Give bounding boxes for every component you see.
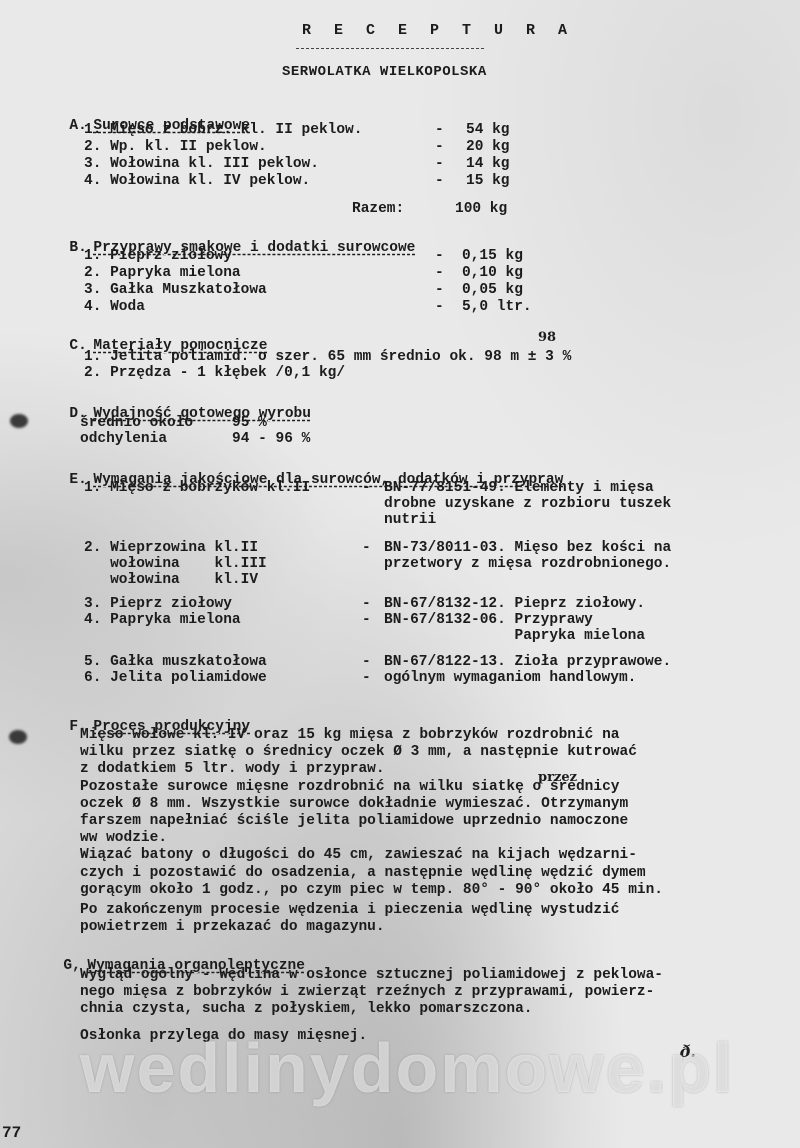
section-c-item: 2. Przędza - 1 kłębek /0,1 kg/ <box>84 365 345 381</box>
requirement-norm: BN-67/8122-13. Zioła przyprawowe. <box>384 654 671 670</box>
requirement-item: 3. Pieprz ziołowy <box>84 596 232 612</box>
process-line: farszem napełniać ściśle jelita poliamid… <box>80 813 628 829</box>
ingredient-dash: - <box>435 156 444 172</box>
yield-deviation-value: 94 - 96 % <box>232 431 310 447</box>
requirement-item: 4. Papryka mielona <box>84 612 241 628</box>
spice-dash: - <box>435 299 444 315</box>
spice-qty: 5,0 ltr. <box>462 299 532 315</box>
ingredient-qty: 15 kg <box>466 173 510 189</box>
organoleptic-line: chnia czysta, sucha z połyskiem, lekko p… <box>80 1001 532 1017</box>
requirement-dash: - <box>362 540 371 556</box>
yield-average-value: 95 % <box>232 415 267 431</box>
requirement-dash: - <box>362 654 371 670</box>
section-c-item: 1. Jelita poliamid. o szer. 65 mm średni… <box>84 349 571 365</box>
ingredient-label: 4. Wołowina kl. IV peklow. <box>84 173 310 189</box>
requirement-norm: przetwory z mięsa rozdrobnionego. <box>384 556 671 572</box>
requirement-item: 2. Wieprzowina kl.II <box>84 540 258 556</box>
requirement-norm: nutrii <box>384 512 436 528</box>
requirement-norm: BN-67/8132-06. Przyprawy <box>384 612 593 628</box>
requirement-dash: - <box>362 480 371 496</box>
organoleptic-line: nego mięsa z bobrzyków i zwierząt rzeźny… <box>80 984 654 1000</box>
total-label: Razem: <box>352 201 404 217</box>
process-line: Wiązać batony o długości do 45 cm, zawie… <box>80 847 637 863</box>
process-line: wilku przez siatkę o średnicy oczek Ø 3 … <box>80 744 637 760</box>
spice-label: 2. Papryka mielona <box>84 265 241 281</box>
spice-label: 1. Pieprz ziołowy <box>84 248 232 264</box>
ingredient-label: 2. Wp. kl. II peklow. <box>84 139 267 155</box>
requirement-item: 6. Jelita poliamidowe <box>84 670 267 686</box>
title-underline <box>296 48 484 49</box>
ingredient-dash: - <box>435 122 444 138</box>
ingredient-label: 3. Wołowina kl. III peklow. <box>84 156 319 172</box>
spice-qty: 0,10 kg <box>462 265 523 281</box>
ingredient-dash: - <box>435 173 444 189</box>
spice-qty: 0,05 kg <box>462 282 523 298</box>
product-name: SERWOLATKA WIELKOPOLSKA <box>282 64 487 80</box>
process-line: oczek Ø 8 mm. Wszystkie surowce dokładni… <box>80 796 628 812</box>
requirement-norm: BN-73/8011-03. Mięso bez kości na <box>384 540 671 556</box>
spice-label: 4. Woda <box>84 299 145 315</box>
requirement-dash: - <box>362 670 371 686</box>
spice-dash: - <box>435 265 444 281</box>
total-value: 100 kg <box>455 201 507 217</box>
requirement-item: wołowina kl.III <box>84 556 267 572</box>
requirement-dash: - <box>362 596 371 612</box>
ingredient-qty: 14 kg <box>466 156 510 172</box>
requirement-norm: BN-67/8132-12. Pieprz ziołowy. <box>384 596 645 612</box>
document-title: R E C E P T U R A <box>302 22 574 39</box>
watermark: wedlinydomowe.pl <box>80 1028 734 1108</box>
ingredient-label: 1. Mięso z bobrz. kl. II peklow. <box>84 122 362 138</box>
requirement-item: 1. Mięso z bobrzyków kl.II <box>84 480 310 496</box>
requirement-norm: ogólnym wymaganiom handlowym. <box>384 670 636 686</box>
process-line: z dodatkiem 5 ltr. wody i przypraw. <box>80 761 385 777</box>
ingredient-qty: 54 kg <box>466 122 510 138</box>
requirement-norm: BN-77/8151-49. Elementy i mięsa <box>384 480 654 496</box>
spice-label: 3. Gałka Muszkatołowa <box>84 282 267 298</box>
process-line: czych i pozostawić do osadzenia, a nastę… <box>80 865 646 881</box>
organoleptic-line: Wygląd ogólny - Wędlina w osłonce sztucz… <box>80 967 663 983</box>
requirement-item: wołowina kl.IV <box>84 572 258 588</box>
yield-average-label: średnio około <box>80 415 193 431</box>
spice-dash: - <box>435 248 444 264</box>
requirement-item: 5. Gałka muszkatołowa <box>84 654 267 670</box>
handwritten-correction: 98 <box>538 330 556 345</box>
punch-hole-mark <box>9 730 27 744</box>
process-closing-line: powietrzem i przekazać do magazynu. <box>80 919 385 935</box>
spice-dash: - <box>435 282 444 298</box>
process-line: Mięso wołowe kl. IV oraz 15 kg mięsa z b… <box>80 727 620 743</box>
yield-deviation-label: odchylenia <box>80 431 167 447</box>
process-line: gorącym około 1 godz., po czym piec w te… <box>80 882 663 898</box>
process-closing-line: Po zakończenym procesie wędzenia i piecz… <box>80 902 620 918</box>
requirement-dash: - <box>362 612 371 628</box>
requirement-norm: Papryka mielona <box>384 628 645 644</box>
requirement-norm: drobne uzyskane z rozbioru tuszek <box>384 496 671 512</box>
spice-qty: 0,15 kg <box>462 248 523 264</box>
punch-hole-mark <box>10 414 28 428</box>
process-line: ww wodzie. <box>80 830 167 846</box>
page-number: 77 <box>2 1124 21 1142</box>
ingredient-qty: 20 kg <box>466 139 510 155</box>
ingredient-dash: - <box>435 139 444 155</box>
handwritten-insert: przez <box>538 770 577 785</box>
